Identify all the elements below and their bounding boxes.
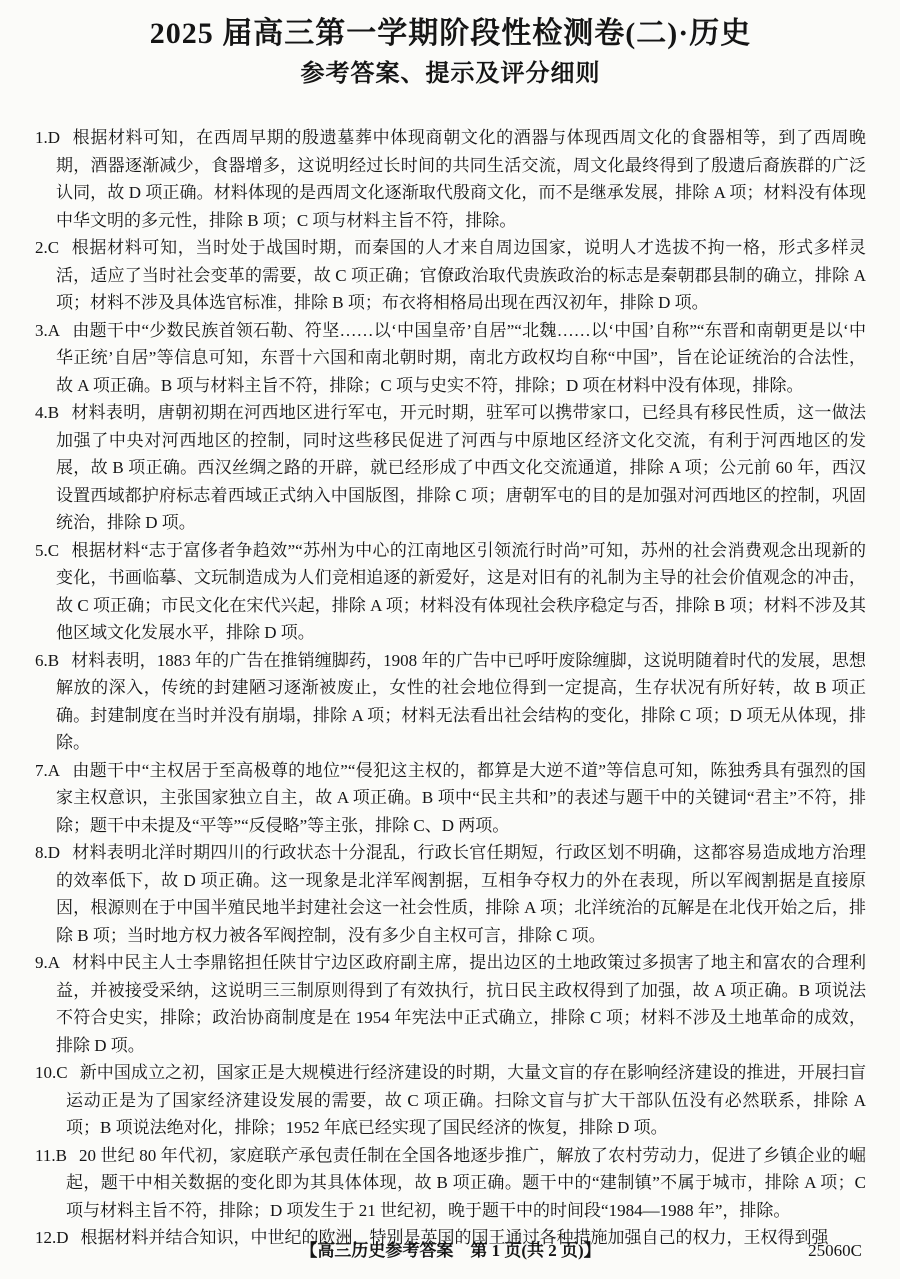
answer-number: 10.C bbox=[35, 1063, 68, 1082]
answer-item: 3.A由题干中“少数民族首领石勒、符坚……以‘中国皇帝’自居”“北魏……以‘中国… bbox=[35, 317, 866, 400]
answer-text: 根据材料可知，在西周早期的殷遗墓葬中体现商朝文化的酒器与体现西周文化的食器相等，… bbox=[56, 128, 866, 230]
answer-item: 5.C根据材料“志于富侈者争趋效”“苏州为中心的江南地区引领流行时尚”可知，苏州… bbox=[35, 537, 866, 647]
answer-item: 6.B材料表明，1883 年的广告在推销缠脚药，1908 年的广告中已呼吁废除缠… bbox=[35, 647, 866, 757]
answer-number: 6.B bbox=[35, 651, 59, 670]
answer-text: 根据材料可知，当时处于战国时期，而秦国的人才来自周边国家，说明人才选拔不拘一格，… bbox=[56, 238, 866, 312]
answer-number: 1.D bbox=[35, 128, 60, 147]
answer-item: 10.C新中国成立之初，国家正是大规模进行经济建设的时期，大量文盲的存在影响经济… bbox=[35, 1059, 866, 1142]
answer-text: 材料中民主人士李鼎铭担任陕甘宁边区政府副主席，提出边区的土地政策过多损害了地主和… bbox=[56, 953, 866, 1055]
answer-item: 4.B材料表明，唐朝初期在河西地区进行军屯，开元时期，驻军可以携带家口，已经具有… bbox=[35, 399, 866, 537]
answer-number: 9.A bbox=[35, 953, 60, 972]
answer-text: 由题干中“主权居于至高极尊的地位”“侵犯这主权的，都算是大逆不道”等信息可知，陈… bbox=[56, 761, 866, 835]
answer-number: 5.C bbox=[35, 541, 59, 560]
answer-item: 1.D根据材料可知，在西周早期的殷遗墓葬中体现商朝文化的酒器与体现西周文化的食器… bbox=[35, 124, 866, 234]
answer-number: 8.D bbox=[35, 843, 60, 862]
page-footer: 【高三历史参考答案 第 1 页(共 2 页)】 25060C bbox=[35, 1239, 866, 1263]
answer-number: 7.A bbox=[35, 761, 60, 780]
footer-page-label: 【高三历史参考答案 第 1 页(共 2 页)】 bbox=[35, 1239, 866, 1263]
page-title: 2025 届高三第一学期阶段性检测卷(二)·历史 bbox=[35, 14, 866, 54]
answer-text: 新中国成立之初，国家正是大规模进行经济建设的时期，大量文盲的存在影响经济建设的推… bbox=[66, 1063, 866, 1137]
answer-number: 2.C bbox=[35, 238, 59, 257]
answer-number: 11.B bbox=[35, 1146, 67, 1165]
answer-number: 3.A bbox=[35, 321, 60, 340]
answer-text: 材料表明北洋时期四川的行政状态十分混乱，行政长官任期短，行政区划不明确，这都容易… bbox=[56, 843, 866, 945]
answer-number: 4.B bbox=[35, 403, 59, 422]
answer-item: 9.A材料中民主人士李鼎铭担任陕甘宁边区政府副主席，提出边区的土地政策过多损害了… bbox=[35, 949, 866, 1059]
exam-answer-page: 2025 届高三第一学期阶段性检测卷(二)·历史 参考答案、提示及评分细则 1.… bbox=[0, 0, 900, 1279]
answer-text: 20 世纪 80 年代初，家庭联产承包责任制在全国各地逐步推广，解放了农村劳动力… bbox=[66, 1146, 866, 1220]
answers-list: 1.D根据材料可知，在西周早期的殷遗墓葬中体现商朝文化的酒器与体现西周文化的食器… bbox=[35, 124, 866, 1252]
page-subtitle: 参考答案、提示及评分细则 bbox=[35, 58, 866, 90]
answer-text: 材料表明，唐朝初期在河西地区进行军屯，开元时期，驻军可以携带家口，已经具有移民性… bbox=[56, 403, 866, 532]
document-header: 2025 届高三第一学期阶段性检测卷(二)·历史 参考答案、提示及评分细则 bbox=[35, 14, 866, 90]
footer-paper-code: 25060C bbox=[808, 1239, 862, 1263]
answer-item: 2.C根据材料可知，当时处于战国时期，而秦国的人才来自周边国家，说明人才选拔不拘… bbox=[35, 234, 866, 317]
answer-text: 材料表明，1883 年的广告在推销缠脚药，1908 年的广告中已呼吁废除缠脚，这… bbox=[56, 651, 866, 753]
answer-text: 由题干中“少数民族首领石勒、符坚……以‘中国皇帝’自居”“北魏……以‘中国’自称… bbox=[56, 321, 866, 395]
answer-item: 7.A由题干中“主权居于至高极尊的地位”“侵犯这主权的，都算是大逆不道”等信息可… bbox=[35, 757, 866, 840]
answer-text: 根据材料“志于富侈者争趋效”“苏州为中心的江南地区引领流行时尚”可知，苏州的社会… bbox=[56, 541, 866, 643]
answer-item: 8.D材料表明北洋时期四川的行政状态十分混乱，行政长官任期短，行政区划不明确，这… bbox=[35, 839, 866, 949]
answer-item: 11.B20 世纪 80 年代初，家庭联产承包责任制在全国各地逐步推广，解放了农… bbox=[35, 1142, 866, 1225]
